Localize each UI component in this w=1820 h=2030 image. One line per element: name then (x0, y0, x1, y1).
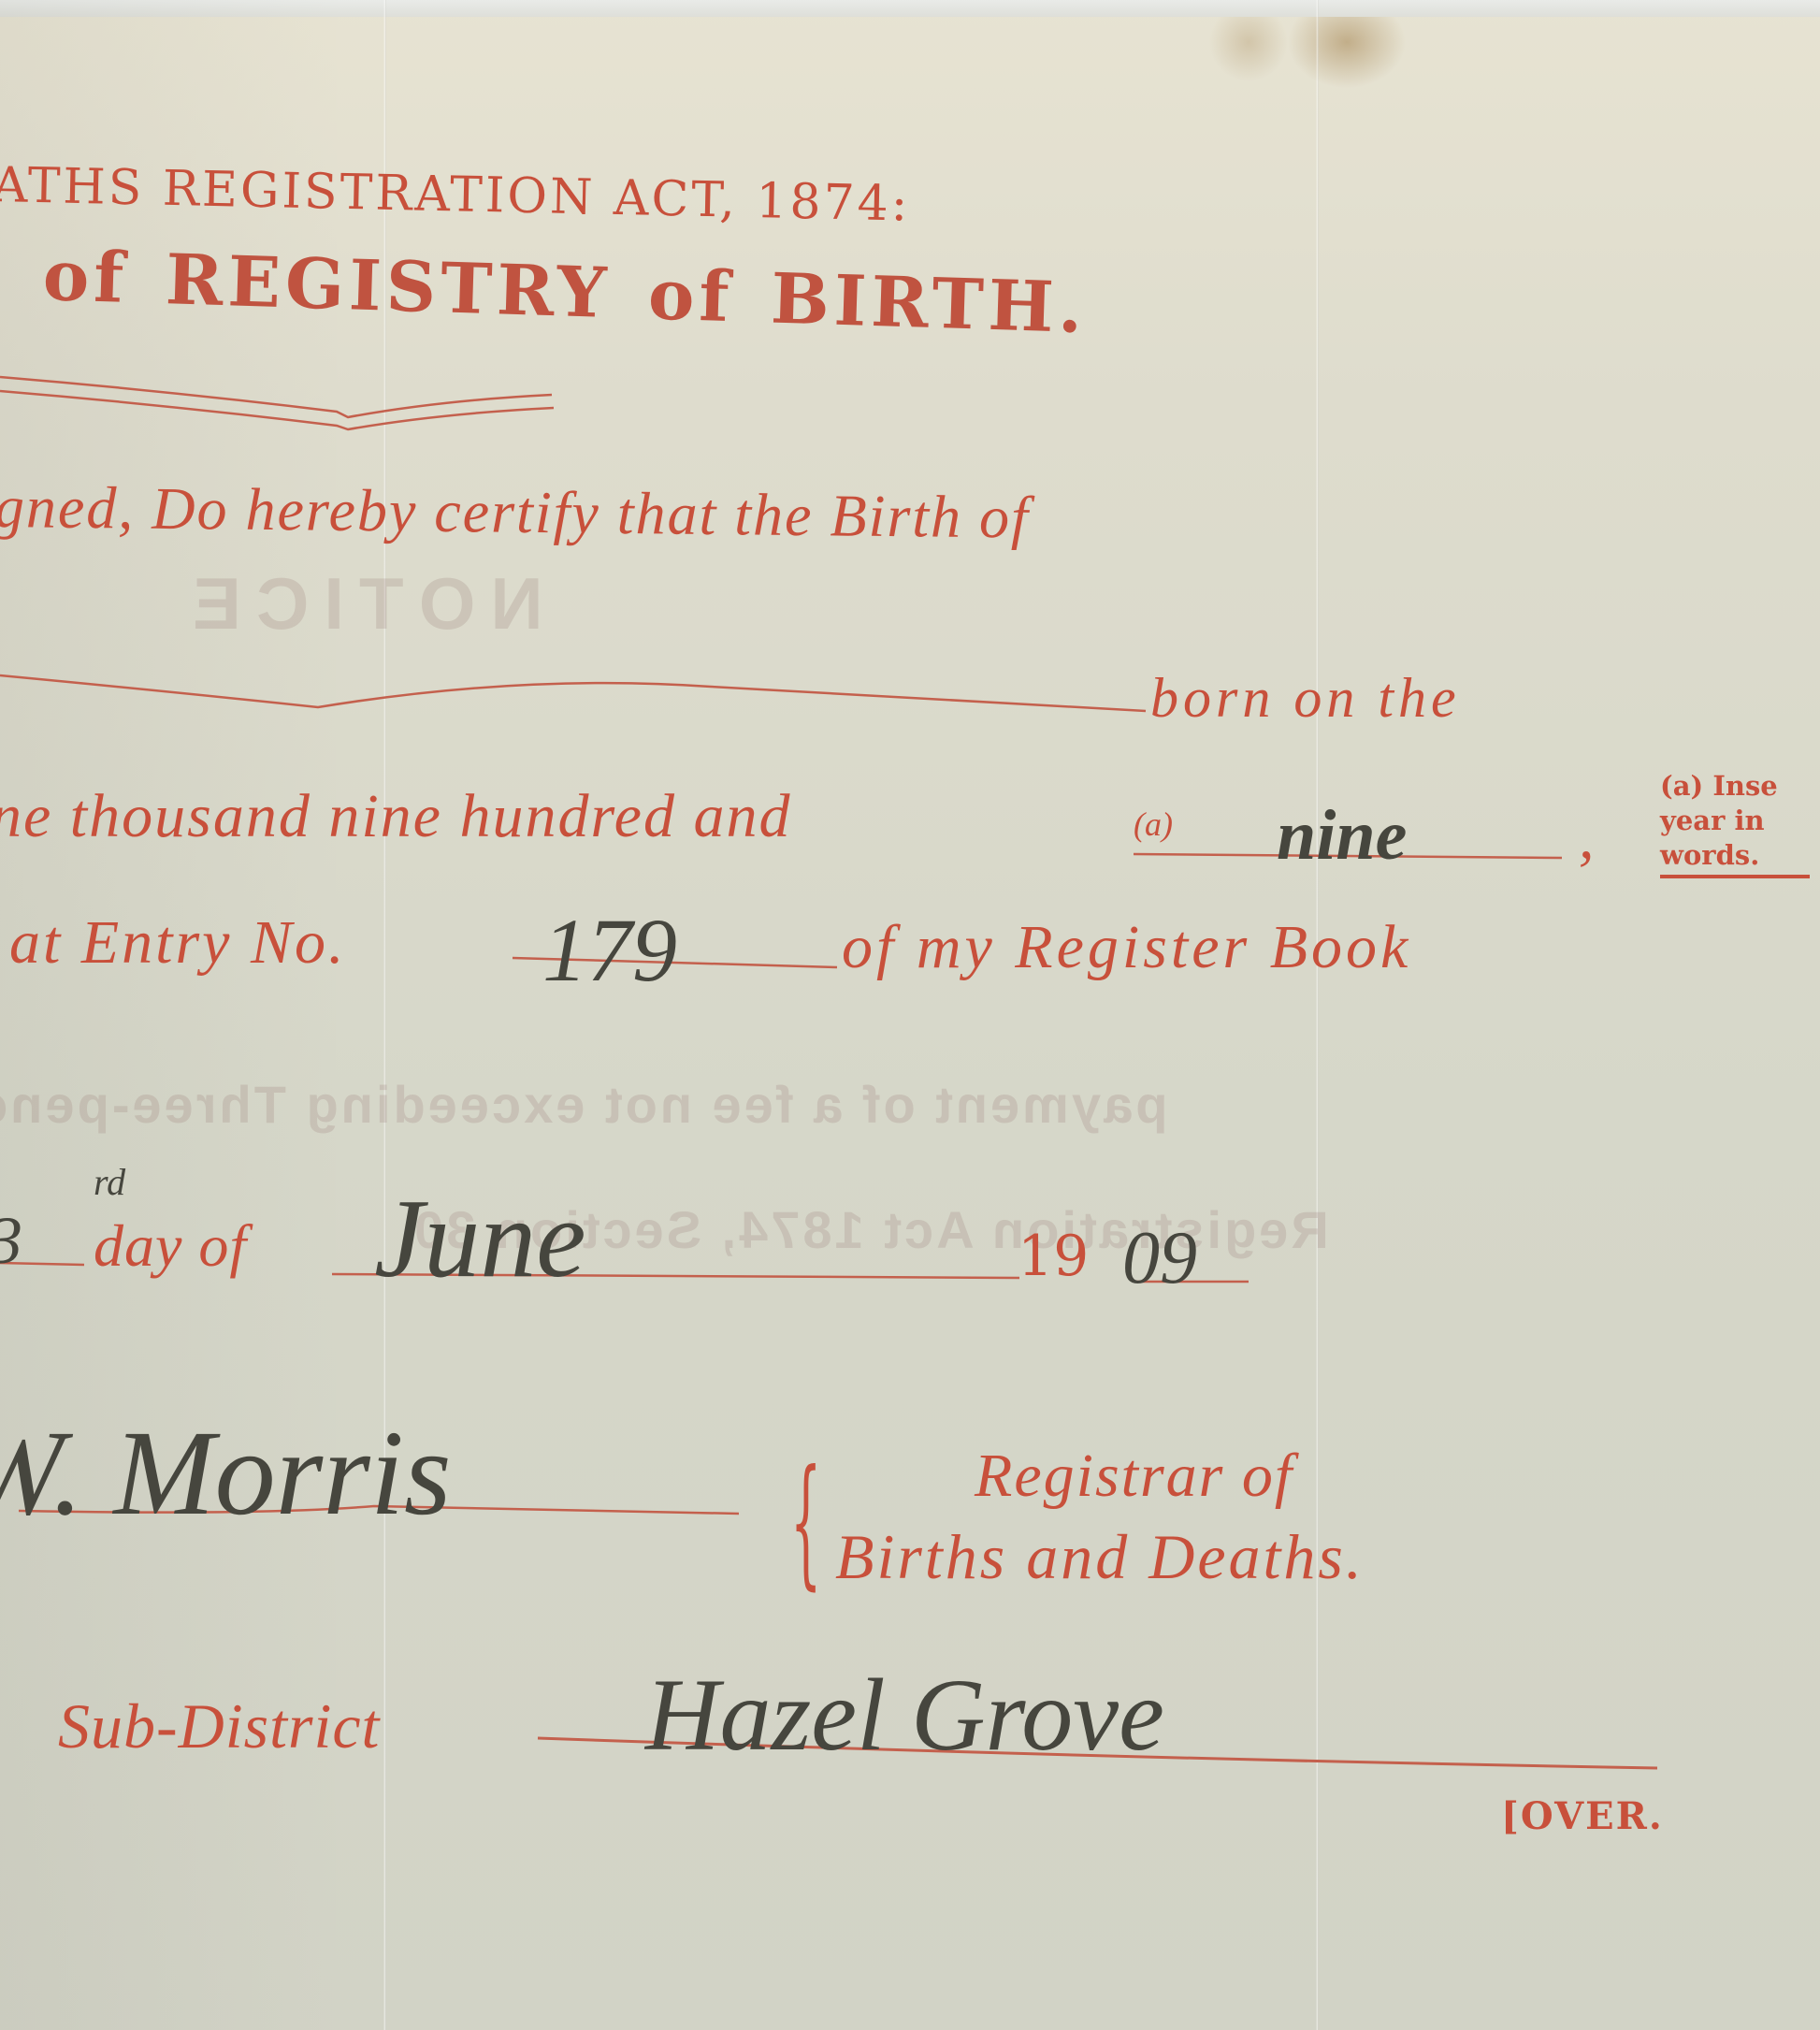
year-handwritten-suffix: 09 (1122, 1216, 1197, 1301)
day-of-label: day of (94, 1211, 247, 1281)
margin-footnote: (a) Inse year in words. (1660, 769, 1810, 878)
day-value: 3 (0, 1202, 22, 1280)
certificate-paper: NOTICE payment of a fee not exceeding Th… (0, 0, 1820, 2030)
sub-district-label: Sub-District (58, 1689, 380, 1763)
sub-district-value: Hazel Grove (645, 1656, 1164, 1775)
year-comma: , (1579, 803, 1595, 874)
year-printed-prefix: 19 (1018, 1224, 1089, 1289)
margin-note-line-1: (a) Inse (1660, 769, 1810, 804)
entry-prefix-text: at Entry No. (9, 907, 347, 979)
registrar-label-line-2: Births and Deaths. (835, 1520, 1365, 1594)
margin-note-line-3: words. (1660, 838, 1810, 873)
born-on-label: born on the (1150, 666, 1461, 731)
day-ordinal-suffix: rd (94, 1160, 125, 1204)
entry-number-value: 179 (542, 898, 677, 1002)
title-word-of-2: of (647, 254, 735, 338)
month-value: June (374, 1174, 586, 1303)
margin-note-line-2: year in (1660, 804, 1810, 838)
registrar-label-line-1: Registrar of (975, 1441, 1293, 1512)
margin-note-underline (1660, 875, 1810, 878)
title-word-birth: BIRTH. (770, 258, 1089, 349)
entry-suffix-text: of my Register Book (842, 912, 1411, 983)
year-in-words-value: nine (1277, 795, 1407, 877)
year-prefix-text: ne thousand nine hundred and (0, 781, 791, 852)
certify-statement: gned, Do hereby certify that the Birth o… (0, 472, 1030, 553)
registrar-signature: W. Morris (0, 1403, 452, 1544)
title-word-of: of (42, 236, 130, 319)
over-indicator: [OVER. (1501, 1794, 1664, 1838)
year-footnote-marker: (a) (1134, 805, 1173, 844)
title-word-registry: REGISTRY (165, 239, 613, 334)
brace-glyph: { (790, 1441, 821, 1603)
